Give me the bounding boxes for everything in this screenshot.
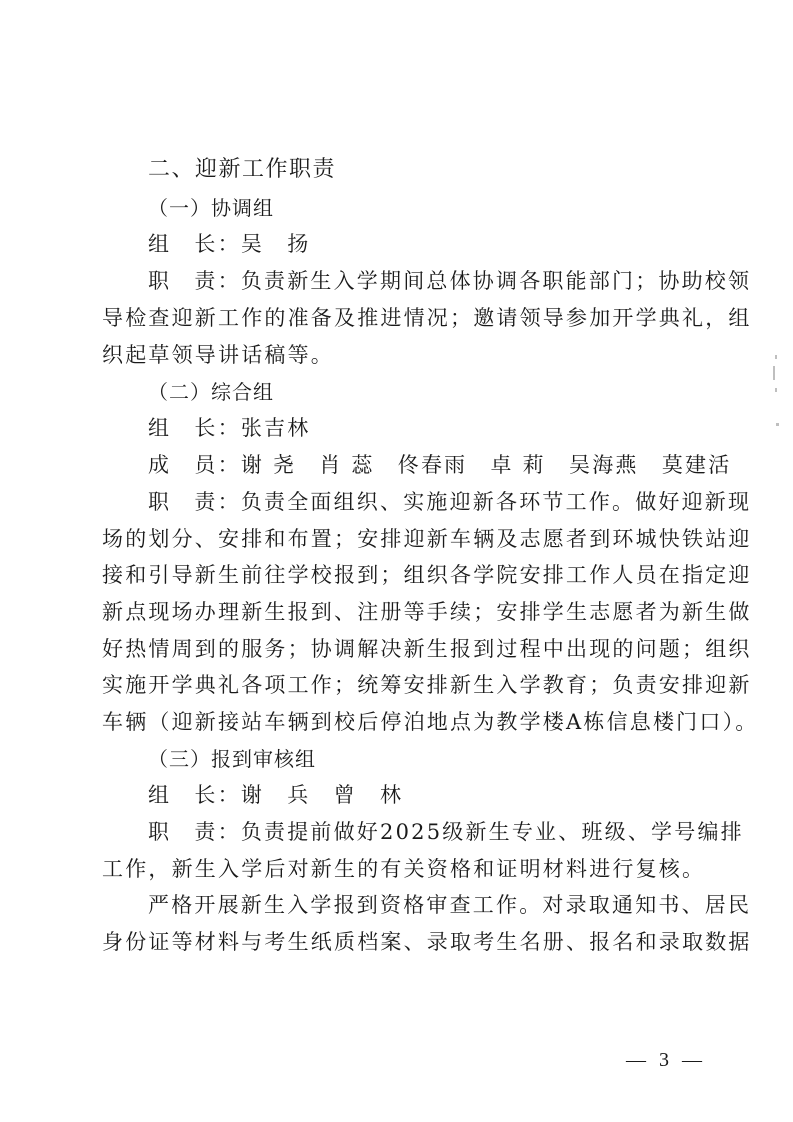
duty-text: 负责新生入学期间总体协调各职能部门；协助校领 — [241, 269, 751, 293]
duty-line: 导检查迎新工作的准备及推进情况；邀请领导参加开学典礼，组 — [102, 304, 722, 332]
duty-line: 车辆（迎新接站车辆到校后停泊地点为教学楼A栋信息楼门口）。 — [102, 708, 722, 736]
duty-label: 职 责： — [148, 267, 241, 295]
leader-name: 吴 扬 — [241, 232, 311, 256]
duty-line: 场的划分、安排和布置；安排迎新车辆及志愿者到环城快铁站迎 — [102, 525, 722, 553]
scan-artifact — [773, 366, 775, 380]
duty-line: 工作，新生入学后对新生的有关资格和证明材料进行复核。 — [102, 855, 722, 883]
scan-artifact — [775, 355, 777, 359]
duty-text: 负责全面组织、实施迎新各环节工作。做好迎新现 — [241, 490, 751, 514]
scan-artifact — [775, 388, 777, 392]
leader-label: 组 长： — [148, 230, 241, 258]
paragraph-line: 严格开展新生入学报到资格审查工作。对录取通知书、居民 — [148, 891, 722, 919]
paragraph-line: 身份证等材料与考生纸质档案、录取考生名册、报名和录取数据 — [102, 928, 722, 956]
duty-line: 职 责：负责提前做好2025级新生专业、班级、学号编排 — [148, 818, 722, 846]
section-heading: 二、迎新工作职责 — [148, 156, 768, 184]
page-number: — 3 — — [626, 1048, 706, 1072]
duty-line: 职 责：负责全面组织、实施迎新各环节工作。做好迎新现 — [148, 488, 722, 516]
members-label: 成 员： — [148, 451, 241, 479]
group-title-general: （二）综合组 — [148, 378, 768, 406]
group-members-line: 成 员：谢 尧 肖 蕊 佟春雨 卓 莉 吴海燕 莫建活 — [148, 451, 722, 479]
leader-label: 组 长： — [148, 414, 241, 442]
duty-text: 负责提前做好2025级新生专业、班级、学号编排 — [241, 820, 744, 844]
leader-label: 组 长： — [148, 781, 241, 809]
leader-name: 谢 兵 曾 林 — [241, 783, 403, 807]
group-leader-line: 组 长：吴 扬 — [148, 230, 722, 258]
group-leader-line: 组 长：张吉林 — [148, 414, 722, 442]
group-title-registration-review: （三）报到审核组 — [148, 745, 768, 773]
duty-line: 新点现场办理新生报到、注册等手续；安排学生志愿者为新生做 — [102, 598, 722, 626]
duty-label: 职 责： — [148, 488, 241, 516]
group-leader-line: 组 长：谢 兵 曾 林 — [148, 781, 722, 809]
leader-name: 张吉林 — [241, 416, 311, 440]
duty-line: 好热情周到的服务；协调解决新生报到过程中出现的问题；组织 — [102, 635, 722, 663]
group-title-coordination: （一）协调组 — [148, 194, 768, 222]
scan-artifact — [776, 423, 779, 426]
duty-line: 实施开学典礼各项工作；统筹安排新生入学教育；负责安排迎新 — [102, 671, 722, 699]
duty-line: 职 责：负责新生入学期间总体协调各职能部门；协助校领 — [148, 267, 722, 295]
document-page: 二、迎新工作职责 （一）协调组 组 长：吴 扬 职 责：负责新生入学期间总体协调… — [0, 0, 793, 1122]
members-names: 谢 尧 肖 蕊 佟春雨 卓 莉 吴海燕 莫建活 — [241, 453, 732, 477]
duty-line: 织起草领导讲话稿等。 — [102, 341, 722, 369]
duty-label: 职 责： — [148, 818, 241, 846]
duty-line: 接和引导新生前往学校报到；组织各学院安排工作人员在指定迎 — [102, 561, 722, 589]
